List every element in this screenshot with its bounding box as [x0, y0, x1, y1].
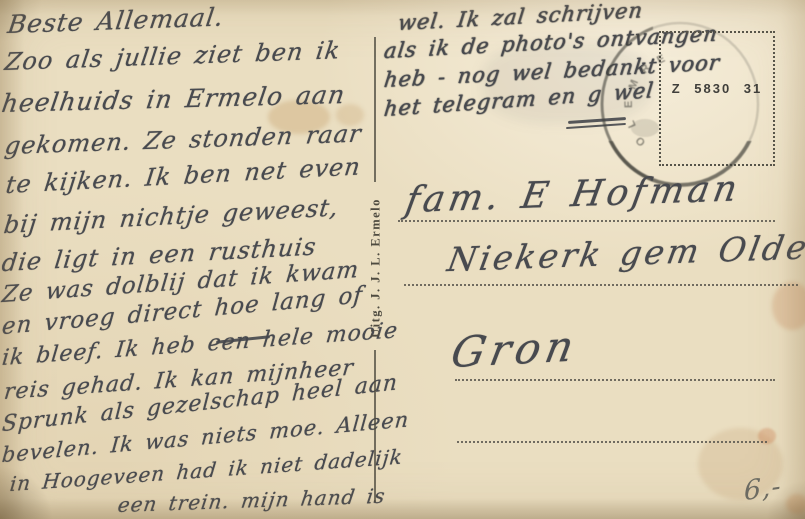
- postmark-letter: M: [627, 78, 641, 91]
- divider-line: [374, 37, 376, 182]
- address-line-2: Niekerk gem Oldekerk: [445, 227, 805, 276]
- address-line-3: Gron: [448, 325, 582, 374]
- message-line: heelhuids in Ermelo aan: [0, 82, 347, 116]
- pencil-price-note: 6,-: [744, 473, 782, 506]
- stain-mark: [786, 494, 805, 514]
- address-rule: [398, 220, 775, 222]
- message-line: bij mijn nichtje geweest,: [3, 195, 341, 237]
- address-line-1: fam. E Hofman: [403, 171, 744, 219]
- postmark-letter: R: [638, 62, 652, 76]
- postcard-back: Beste Allemaal. Zoo als jullie ziet ben …: [0, 0, 805, 519]
- publisher-imprint: Uitg. J. J. L. Ermelo: [369, 198, 384, 338]
- stain-mark: [772, 282, 805, 330]
- address-rule: [404, 284, 798, 286]
- divider-line: [374, 350, 376, 502]
- message-line: Zoo als jullie ziet ben ik: [3, 38, 342, 74]
- postmark-letter: E: [623, 101, 635, 109]
- address-rule: [455, 379, 775, 381]
- postmark-letter: E: [655, 53, 667, 67]
- message-line: Beste Allemaal.: [6, 4, 225, 37]
- message-line: een trein. mijn hand is: [117, 486, 387, 515]
- message-line: gekomen. Ze stonden raar: [3, 121, 363, 158]
- message-line: te kijken. Ik ben net even: [5, 154, 363, 197]
- address-rule: [457, 441, 767, 443]
